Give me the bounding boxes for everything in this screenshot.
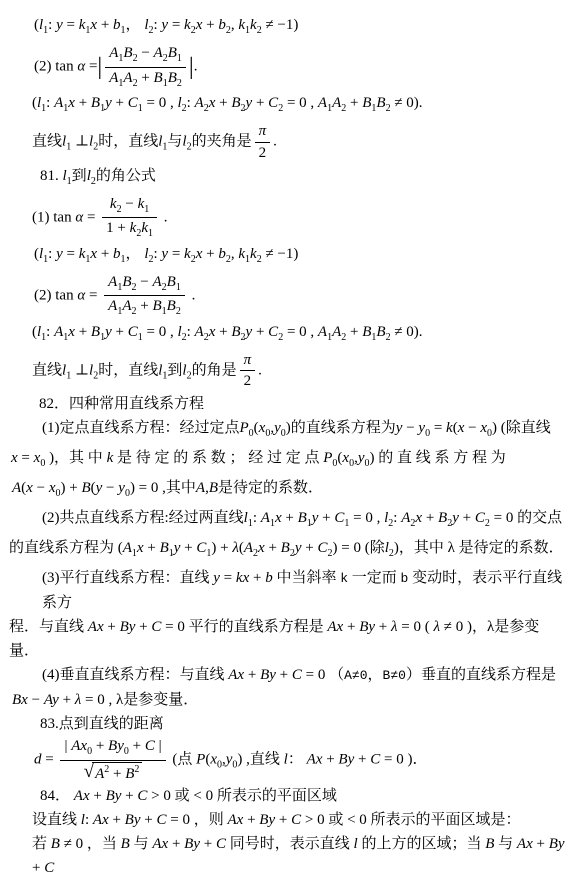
- text-run: +: [168, 836, 184, 852]
- math-variable: A: [401, 510, 410, 526]
- fraction: | Ax0 + By0 + C |√A2 + B2: [60, 737, 165, 783]
- math-variable: A: [54, 95, 63, 111]
- text-run: −: [137, 274, 153, 290]
- subscript: 1: [148, 228, 153, 239]
- text-run: +: [202, 246, 218, 262]
- document-content: (l1: y = k1x + b1， l2: y = k2x + b2, k1k…: [4, 13, 568, 880]
- math-variable: π: [259, 123, 267, 139]
- math-variable: y: [118, 480, 125, 496]
- math-variable: C: [268, 95, 278, 111]
- math-variable: A: [93, 812, 102, 828]
- math-variable: y: [213, 570, 220, 586]
- text-run: 的角公式: [96, 168, 156, 184]
- text-run: 与: [130, 836, 153, 852]
- text-run: +: [343, 619, 359, 635]
- text-run: +: [202, 17, 218, 33]
- text-run: )，其 中: [45, 450, 106, 466]
- document-line: 82．四种常用直线系方程: [4, 392, 568, 416]
- math-variable: B: [168, 70, 177, 86]
- text-run: +: [141, 812, 157, 828]
- document-line: (2) tan α = A1B2 − A2B1A1A2 + B1B2 .: [4, 272, 568, 320]
- math-variable: y: [193, 836, 200, 852]
- fraction: A1B2 − A2B1A1A2 + B1B2: [105, 44, 186, 90]
- text-run: −: [102, 480, 118, 496]
- text-run: ) = 0 ,其中: [130, 480, 196, 496]
- math-variable: A: [12, 480, 21, 496]
- math-variable: b: [265, 570, 273, 586]
- text-run: =: [430, 420, 446, 436]
- text-run: +: [129, 738, 145, 754]
- math-variable: A: [332, 324, 341, 340]
- text-run: ≠ 0).: [391, 95, 423, 111]
- math-variable: A: [44, 692, 52, 708]
- math-variable: B: [125, 812, 134, 828]
- math-variable: B: [231, 324, 240, 340]
- fraction-numerator: π: [255, 122, 271, 143]
- document-line: 若 B ≠ 0 ，当 B 与 Ax + By + C 同号时，表示直线 l 的上…: [4, 832, 568, 880]
- text-run: +: [302, 540, 318, 556]
- document-line: (2)共点直线系方程:经过两直线l1: A1x + B1y + C1 = 0 ,…: [4, 506, 568, 536]
- math-variable: B: [120, 619, 129, 635]
- text-run: =: [85, 58, 97, 74]
- text-run: :: [187, 324, 195, 340]
- fraction-denominator: √A2 + B2: [60, 761, 165, 784]
- fraction-denominator: A1A2 + B1B2: [105, 68, 186, 91]
- text-run: > 0 或 < 0 所表示的平面区域是：: [301, 812, 520, 828]
- math-variable: A: [108, 274, 117, 290]
- document-line: x = x0 )，其 中 k 是 待 定 的 系 数 ； 经 过 定 点 P0(…: [4, 446, 568, 476]
- math-variable: k: [250, 246, 257, 262]
- math-variable: B: [438, 510, 447, 526]
- document-line: Bx − Ay + λ = 0 , λ是参变量．: [4, 688, 568, 712]
- math-variable: y: [105, 324, 112, 340]
- text-run: ) ,直线: [237, 752, 283, 768]
- math-variable: y: [274, 420, 281, 436]
- math-variable: k: [141, 220, 148, 236]
- math-variable: A: [318, 95, 327, 111]
- text-run: +: [215, 324, 231, 340]
- text-run: = 0 平行的直线系方程是: [161, 619, 327, 635]
- text-run: +: [244, 667, 260, 683]
- document-line: (1) tan α = k2 − k11 + k2k1 .: [4, 194, 568, 242]
- math-variable: C: [475, 510, 485, 526]
- math-variable: B: [338, 752, 347, 768]
- text-run: ) (除直线: [492, 420, 551, 436]
- text-run: ，: [368, 667, 383, 683]
- fraction-numerator: | Ax0 + By0 + C |: [60, 737, 165, 761]
- math-variable: B: [376, 324, 385, 340]
- math-variable: C: [44, 860, 54, 876]
- math-variable: b: [113, 246, 121, 262]
- math-variable: P: [196, 752, 205, 768]
- text-run: (2) tan: [34, 287, 77, 303]
- fraction: k2 − k11 + k2k1: [102, 195, 157, 241]
- text-run: +: [109, 812, 125, 828]
- math-variable: π: [244, 352, 252, 368]
- fraction-denominator: 1 + k2k1: [102, 218, 157, 241]
- text-run: +: [75, 95, 91, 111]
- text-run: = 0 ,: [143, 324, 178, 340]
- text-run: :: [46, 95, 54, 111]
- text-run: +: [346, 95, 362, 111]
- text-run: 程．与直线: [9, 619, 88, 635]
- text-run: .: [160, 209, 168, 225]
- math-variable: B: [12, 692, 21, 708]
- math-variable: x: [68, 95, 75, 111]
- text-run: +: [346, 324, 362, 340]
- text-run: 是 待 定 的 系 数 ； 经 过 定 点: [113, 450, 323, 466]
- text-run: ≠ 0 ，当: [60, 836, 121, 852]
- text-run: +: [265, 540, 281, 556]
- math-variable: A: [95, 766, 104, 782]
- text-run: +: [459, 510, 475, 526]
- math-variable: B: [81, 480, 90, 496]
- text-run: 中当斜率: [273, 570, 341, 586]
- fraction-numerator: k2 − k1: [102, 195, 157, 219]
- text-run: +: [112, 324, 128, 340]
- math-variable: y: [134, 812, 141, 828]
- text-run: 同号时，表示直线: [226, 836, 354, 852]
- math-variable: x: [21, 692, 28, 708]
- text-run: =: [85, 287, 101, 303]
- subscript: 1: [177, 53, 182, 64]
- text-run: )，其中 λ 是待定的系数．: [394, 540, 564, 556]
- mono-text: B≠0: [383, 668, 406, 683]
- text-run: =: [63, 17, 79, 33]
- math-variable: B: [485, 836, 494, 852]
- math-variable: B: [91, 324, 100, 340]
- fraction-numerator: A1B2 − A2B1: [105, 44, 186, 68]
- math-variable: A: [196, 480, 205, 496]
- math-variable: y: [52, 692, 59, 708]
- text-run: 与: [494, 836, 517, 852]
- math-variable: A: [154, 45, 163, 61]
- text-run: ⊥: [71, 134, 89, 150]
- math-variable: k: [184, 246, 191, 262]
- text-run: 1 +: [106, 220, 129, 236]
- document-line: A(x − x0) + B(y − y0) = 0 ,其中A,B是待定的系数．: [4, 476, 568, 506]
- text-run: :: [85, 812, 93, 828]
- text-run: = 0 （: [302, 667, 344, 683]
- document-line: (l1: A1x + B1y + C1 = 0 , l2: A2x + B2y …: [4, 320, 568, 350]
- document-page: (l1: y = k1x + b1， l2: y = k2x + b2, k1k…: [0, 0, 572, 886]
- text-run: ≠ 0).: [391, 324, 423, 340]
- math-variable: A: [517, 836, 526, 852]
- document-line: 84． Ax + By + C > 0 或 < 0 所表示的平面区域: [4, 784, 568, 808]
- math-variable: B: [123, 45, 132, 61]
- text-run: = 0 )．: [380, 752, 427, 768]
- math-variable: B: [108, 738, 117, 754]
- text-run: = 0 ,: [349, 510, 384, 526]
- text-run: 到: [72, 168, 87, 184]
- math-variable: C: [370, 752, 380, 768]
- math-variable: b: [218, 246, 226, 262]
- document-line: 直线l1 ⊥l2时，直线l1与l2的夹角是π2.: [4, 121, 568, 164]
- text-run: = 0 ,: [143, 95, 178, 111]
- text-run: .: [188, 287, 196, 303]
- text-run: +: [282, 510, 298, 526]
- document-line: (3)平行直线系方程：直线 y = kx + b 中当斜率 k 一定而 b 变动…: [4, 566, 568, 615]
- text-run: .: [258, 362, 262, 378]
- text-run: −: [402, 420, 418, 436]
- text-run: = 0 (: [398, 619, 434, 635]
- fraction-numerator: π: [240, 351, 256, 372]
- math-variable: C: [216, 836, 226, 852]
- text-run: 时，直线: [98, 134, 158, 150]
- text-run: ) 的 直 线 系 方 程 为: [370, 450, 506, 466]
- text-run: =: [42, 752, 58, 768]
- math-variable: B: [51, 836, 60, 852]
- math-variable: x: [97, 619, 104, 635]
- text-run: 的直线系方程为 (: [9, 540, 123, 556]
- text-run: 82．四种常用直线系方程: [39, 396, 204, 412]
- text-run: (1) tan: [32, 209, 75, 225]
- text-run: :: [187, 95, 195, 111]
- text-run: +: [109, 766, 125, 782]
- text-run: 83.点到直线的距离: [40, 716, 164, 732]
- document-line: 程．与直线 Ax + By + C = 0 平行的直线系方程是 Ax + By …: [4, 615, 568, 663]
- math-variable: A: [244, 540, 253, 556]
- text-run: 84．: [40, 788, 74, 804]
- text-run: +: [97, 246, 113, 262]
- math-variable: B: [152, 298, 161, 314]
- text-run: .: [273, 134, 277, 150]
- text-run: +: [121, 788, 137, 804]
- text-run: −: [122, 196, 138, 212]
- fraction-denominator: 2: [255, 143, 271, 163]
- text-run: +: [92, 738, 108, 754]
- text-run: +: [275, 812, 291, 828]
- text-run: ，: [126, 246, 145, 262]
- math-variable: b: [113, 17, 121, 33]
- text-run: 2: [259, 145, 267, 161]
- fraction: π2: [255, 122, 271, 163]
- math-variable: k: [236, 570, 243, 586]
- text-run: =: [83, 209, 99, 225]
- math-variable: C: [156, 812, 166, 828]
- text-run: 到: [167, 362, 182, 378]
- math-variable: d: [34, 752, 42, 768]
- math-variable: B: [376, 95, 385, 111]
- text-run: (2)共点直线系方程:经过两直线: [42, 510, 244, 526]
- math-variable: B: [184, 836, 193, 852]
- text-run: 一定而: [348, 570, 401, 586]
- text-run: +: [104, 619, 120, 635]
- abs-bar: |: [97, 54, 102, 80]
- math-variable: C: [334, 510, 344, 526]
- math-variable: B: [154, 70, 163, 86]
- text-run: :: [46, 324, 54, 340]
- math-variable: C: [291, 812, 301, 828]
- math-variable: B: [167, 298, 176, 314]
- text-run: 的上方的区域；当: [358, 836, 486, 852]
- text-run: +: [138, 70, 154, 86]
- math-variable: C: [137, 788, 147, 804]
- radicand: A2 + B2: [92, 762, 142, 784]
- text-run: > 0 或 < 0 所表示的平面区域: [147, 788, 336, 804]
- text-run: 2: [244, 373, 252, 389]
- text-run: −: [28, 692, 44, 708]
- text-run: (2) tan: [34, 58, 77, 74]
- math-variable: A: [88, 619, 97, 635]
- math-variable: y: [56, 17, 63, 33]
- math-variable: B: [362, 324, 371, 340]
- text-run: :: [48, 17, 56, 33]
- math-variable: C: [128, 324, 138, 340]
- math-variable: x: [275, 510, 282, 526]
- text-run: +: [533, 836, 549, 852]
- math-variable: B: [549, 836, 558, 852]
- math-variable: A: [74, 788, 83, 804]
- text-run: +: [200, 836, 216, 852]
- math-variable: C: [196, 540, 206, 556]
- math-variable: x: [258, 540, 265, 556]
- document-line: 的直线系方程为 (A1x + B1y + C1) + λ(A2x + B2y +…: [4, 536, 568, 566]
- math-variable: b: [218, 17, 226, 33]
- math-variable: A: [261, 510, 270, 526]
- math-variable: C: [128, 95, 138, 111]
- math-variable: C: [317, 540, 327, 556]
- math-variable: x: [137, 540, 144, 556]
- math-variable: B: [260, 667, 269, 683]
- math-variable: A: [332, 95, 341, 111]
- text-run: (4)垂直直线系方程：与直线: [42, 667, 228, 683]
- math-variable: A: [152, 274, 161, 290]
- text-run: )的直线系方程为: [286, 420, 396, 436]
- text-run: +: [318, 510, 334, 526]
- square-root: √A2 + B2: [84, 762, 143, 784]
- math-variable: C: [268, 324, 278, 340]
- math-variable: A: [123, 540, 132, 556]
- math-variable: k: [110, 196, 117, 212]
- math-variable: A: [152, 836, 161, 852]
- document-line: 81. l1到l2的角公式: [4, 164, 568, 194]
- text-run: = 0 ,: [283, 324, 318, 340]
- text-run: −: [464, 420, 480, 436]
- text-run: 81.: [40, 168, 63, 184]
- text-run: +: [249, 570, 265, 586]
- document-line: d = | Ax0 + By0 + C |√A2 + B2 (点 P(x0,y0…: [4, 736, 568, 784]
- text-run: +: [252, 95, 268, 111]
- text-run: .: [194, 58, 198, 74]
- text-run: = 0 的交点: [490, 510, 562, 526]
- text-run: +: [135, 619, 151, 635]
- text-run: +: [137, 298, 153, 314]
- math-variable: A: [318, 324, 327, 340]
- text-run: = 0 , λ是参变量．: [81, 692, 198, 708]
- math-variable: B: [209, 480, 218, 496]
- math-variable: x: [11, 450, 18, 466]
- text-run: +: [252, 324, 268, 340]
- text-run: +: [375, 619, 391, 635]
- text-run: ) = 0 (除: [333, 540, 385, 556]
- document-line: (l1: y = k1x + b1， l2: y = k2x + b2, k1k…: [4, 242, 568, 272]
- text-run: 的夹角是: [192, 134, 252, 150]
- document-line: (4)垂直直线系方程：与直线 Ax + By + C = 0 （A≠0，B≠0）…: [4, 663, 568, 688]
- text-run: +: [112, 95, 128, 111]
- math-variable: x: [68, 324, 75, 340]
- text-run: ）垂直的直线系方程是: [406, 667, 556, 683]
- text-run: :: [253, 510, 261, 526]
- text-run: =: [18, 450, 34, 466]
- text-run: =: [220, 570, 236, 586]
- math-variable: x: [102, 812, 109, 828]
- text-run: ) +: [211, 540, 232, 556]
- math-variable: C: [151, 619, 161, 635]
- text-run: 设直线: [32, 812, 81, 828]
- text-run: 时，直线: [98, 362, 158, 378]
- math-variable: A: [108, 298, 117, 314]
- fraction: A1B2 − A2B1A1A2 + B1B2: [104, 273, 185, 319]
- math-variable: y: [117, 738, 124, 754]
- text-run: (3)平行直线系方程：直线: [42, 570, 213, 586]
- math-variable: y: [295, 540, 302, 556]
- text-run: +: [75, 324, 91, 340]
- text-run: 若: [32, 836, 51, 852]
- text-run: 与: [167, 134, 182, 150]
- document-line: (2) tan α =|A1B2 − A2B1A1A2 + B1B2|.: [4, 43, 568, 91]
- math-variable: P: [240, 420, 249, 436]
- math-variable: B: [298, 510, 307, 526]
- math-variable: A: [195, 95, 204, 111]
- text-run: +: [32, 860, 44, 876]
- math-variable: k: [184, 17, 191, 33]
- text-run: 的角是: [192, 362, 237, 378]
- math-variable: y: [452, 510, 459, 526]
- math-variable: x: [26, 480, 33, 496]
- subscript: 2: [177, 78, 182, 89]
- document-line: 83.点到直线的距离: [4, 712, 568, 736]
- text-run: +: [180, 540, 196, 556]
- math-variable: x: [526, 836, 533, 852]
- document-line: (l1: y = k1x + b1， l2: y = k2x + b2, k1k…: [4, 13, 568, 43]
- text-run: +: [354, 752, 370, 768]
- text-run: +: [243, 812, 259, 828]
- math-variable: k: [250, 17, 257, 33]
- text-run: = 0 ，则: [167, 812, 228, 828]
- math-variable: A: [123, 70, 132, 86]
- text-run: (1)定点直线系方程：经过定点: [42, 420, 240, 436]
- math-variable: y: [558, 836, 565, 852]
- subscript: 2: [176, 306, 181, 317]
- math-variable: k: [446, 420, 453, 436]
- document-line: (l1: A1x + B1y + C1 = 0 , l2: A2x + B2y …: [4, 91, 568, 121]
- text-run: +: [422, 510, 438, 526]
- fraction-denominator: A1A2 + B1B2: [104, 296, 185, 319]
- text-run: =: [168, 246, 184, 262]
- mono-text: A≠0: [344, 668, 367, 683]
- math-variable: A: [307, 752, 316, 768]
- math-variable: y: [56, 246, 63, 262]
- math-variable: B: [281, 540, 290, 556]
- math-variable: B: [231, 95, 240, 111]
- superscript: 2: [134, 764, 139, 775]
- text-run: ，: [126, 17, 145, 33]
- mono-text: k: [340, 571, 348, 586]
- fraction: π2: [240, 351, 256, 392]
- math-variable: B: [168, 45, 177, 61]
- text-run: (点: [169, 752, 197, 768]
- text-run: :: [48, 246, 56, 262]
- math-variable: y: [105, 95, 112, 111]
- text-run: +: [59, 692, 75, 708]
- math-variable: y: [269, 667, 276, 683]
- fraction-denominator: 2: [240, 371, 256, 391]
- text-run: ：: [288, 752, 307, 768]
- math-variable: A: [227, 812, 236, 828]
- document-line: (1)定点直线系方程：经过定点P0(x0,y0)的直线系方程为y − y0 = …: [4, 416, 568, 446]
- math-variable: B: [91, 95, 100, 111]
